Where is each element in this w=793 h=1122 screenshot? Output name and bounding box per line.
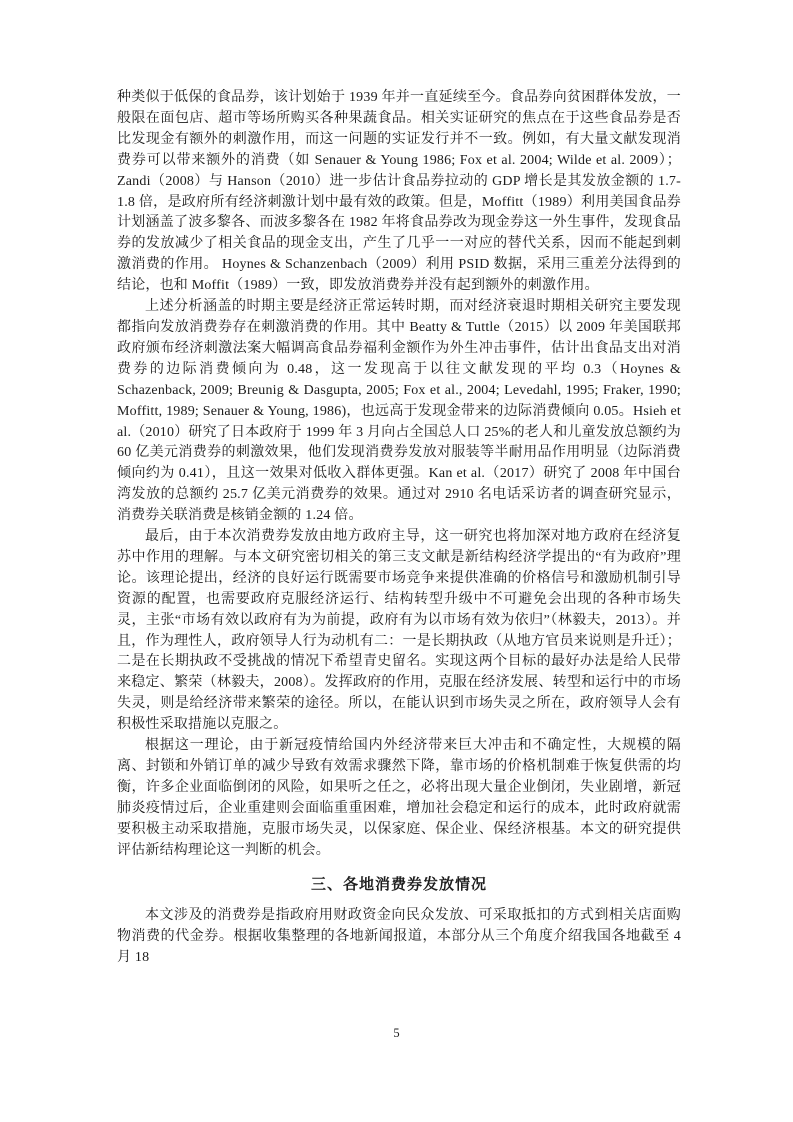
body-paragraph: 本文涉及的消费券是指政府用财政资金向民众发放、可采取抵扣的方式到相关店面购物消费… — [117, 906, 681, 969]
page-number: 5 — [0, 1026, 793, 1041]
body-paragraph: 最后，由于本次消费券发放由地方政府主导，这一研究也将加深对地方政府在经济复苏中作… — [117, 527, 681, 736]
body-paragraph: 根据这一理论，由于新冠疫情给国内外经济带来巨大冲击和不确定性，大规模的隔离、封锁… — [117, 736, 681, 861]
body-paragraph: 种类似于低保的食品券，该计划始于 1939 年并一直延续至今。食品券向贫困群体发… — [117, 88, 681, 297]
paper-page: 种类似于低保的食品券，该计划始于 1939 年并一直延续至今。食品券向贫困群体发… — [0, 0, 793, 1122]
body-paragraph: 上述分析涵盖的时期主要是经济正常运转时期，而对经济衰退时期相关研究主要发现都指向… — [117, 297, 681, 527]
section-heading: 三、各地消费券发放情况 — [117, 875, 681, 896]
page-body: 种类似于低保的食品券，该计划始于 1939 年并一直延续至今。食品券向贫困群体发… — [117, 88, 681, 969]
